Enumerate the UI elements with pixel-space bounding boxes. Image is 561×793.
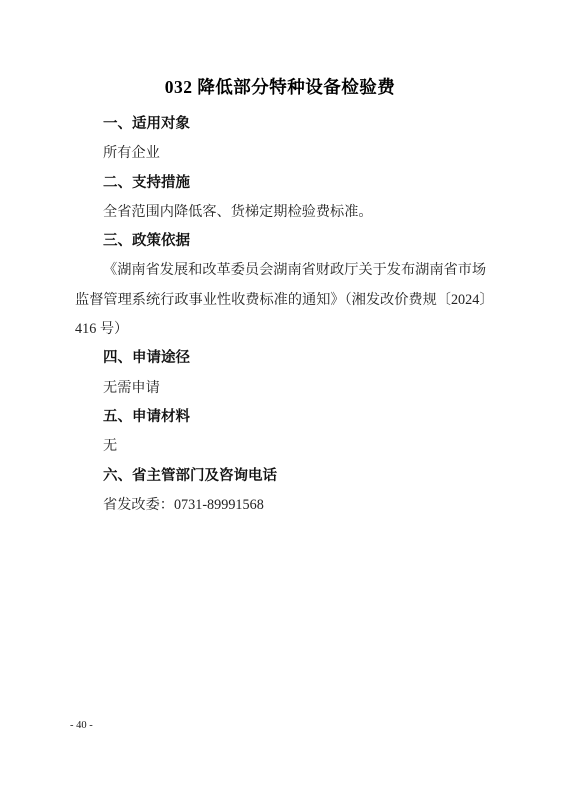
body-line: 无 (75, 432, 485, 461)
document-section: 四、申请途径 无需申请 (75, 344, 485, 403)
document-section: 三、政策依据 《湖南省发展和改革委员会湖南省财政厅关于发布湖南省市场监督管理系统… (75, 227, 485, 344)
section-heading: 六、省主管部门及咨询电话 (75, 462, 485, 491)
body-line: 416 号） (75, 315, 485, 344)
document-section: 一、适用对象 所有企业 (75, 110, 485, 169)
section-heading: 四、申请途径 (75, 344, 485, 373)
document-section: 二、支持措施 全省范围内降低客、货梯定期检验费标准。 (75, 169, 485, 228)
page-title: 032 降低部分特种设备检验费 (75, 72, 485, 102)
section-heading: 二、支持措施 (75, 169, 485, 198)
sections: 一、适用对象 所有企业 二、支持措施 全省范围内降低客、货梯定期检验费标准。 三… (75, 110, 485, 520)
body-line: 《湖南省发展和改革委员会湖南省财政厅关于发布湖南省市场 (75, 256, 485, 285)
page-number: - 40 - (70, 719, 93, 733)
body-line: 无需申请 (75, 374, 485, 403)
body-line: 监督管理系统行政事业性收费标准的通知》（湘发改价费规〔2024〕 (75, 286, 485, 315)
section-heading: 五、申请材料 (75, 403, 485, 432)
document-section: 五、申请材料 无 (75, 403, 485, 462)
body-line: 全省范围内降低客、货梯定期检验费标准。 (75, 198, 485, 227)
section-heading: 三、政策依据 (75, 227, 485, 256)
document-page: 032 降低部分特种设备检验费 一、适用对象 所有企业 二、支持措施 全省范围内… (0, 0, 561, 793)
body-line: 所有企业 (75, 139, 485, 168)
document-section: 六、省主管部门及咨询电话 省发改委：0731-89991568 (75, 462, 485, 521)
section-heading: 一、适用对象 (75, 110, 485, 139)
body-line: 省发改委：0731-89991568 (75, 491, 485, 520)
document-content: 032 降低部分特种设备检验费 一、适用对象 所有企业 二、支持措施 全省范围内… (75, 72, 485, 520)
